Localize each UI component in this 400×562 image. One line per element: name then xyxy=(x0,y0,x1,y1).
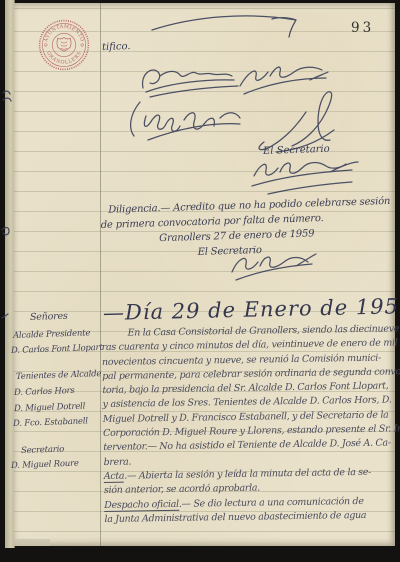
page-number: 93 xyxy=(351,20,374,36)
acta-rest: .— Abierta la sesión y leída la minuta d… xyxy=(124,467,371,482)
despacho-label: Despacho oficial xyxy=(104,498,179,511)
despacho-rest: .— Se dio lectura a una comunicación de xyxy=(179,495,364,509)
margin-teniente-1: D. Carlos Hors xyxy=(14,386,75,398)
acta-label: Acta xyxy=(104,471,125,483)
municipal-stamp: AYUNTAMIENTO GRANOLLERS xyxy=(37,18,91,72)
secretary-label-top: El Secretario xyxy=(263,144,330,157)
page-bottom-sliver xyxy=(14,539,50,546)
scanned-minutes-page: 93 AYUNTAMIENTO GRANOLLERS tifico. El Se… xyxy=(0,0,400,562)
handwriting-fragment: tifico. xyxy=(102,41,131,53)
margin-rule-line xyxy=(100,3,101,546)
stamp-emblem-detail xyxy=(61,42,67,49)
stamp-inner-ring xyxy=(52,33,75,56)
diligencia-note: Diligencia.— Acredito que no ha podido c… xyxy=(100,194,392,263)
margin-secretario-title: Secretario xyxy=(21,444,64,455)
session-body: En la Casa Consistorial de Granollers, s… xyxy=(101,322,400,527)
margin-senores: Señores xyxy=(30,311,68,323)
svg-text:GRANOLLERS: GRANOLLERS xyxy=(45,50,83,66)
stamp-bottom-text: GRANOLLERS xyxy=(45,50,83,66)
